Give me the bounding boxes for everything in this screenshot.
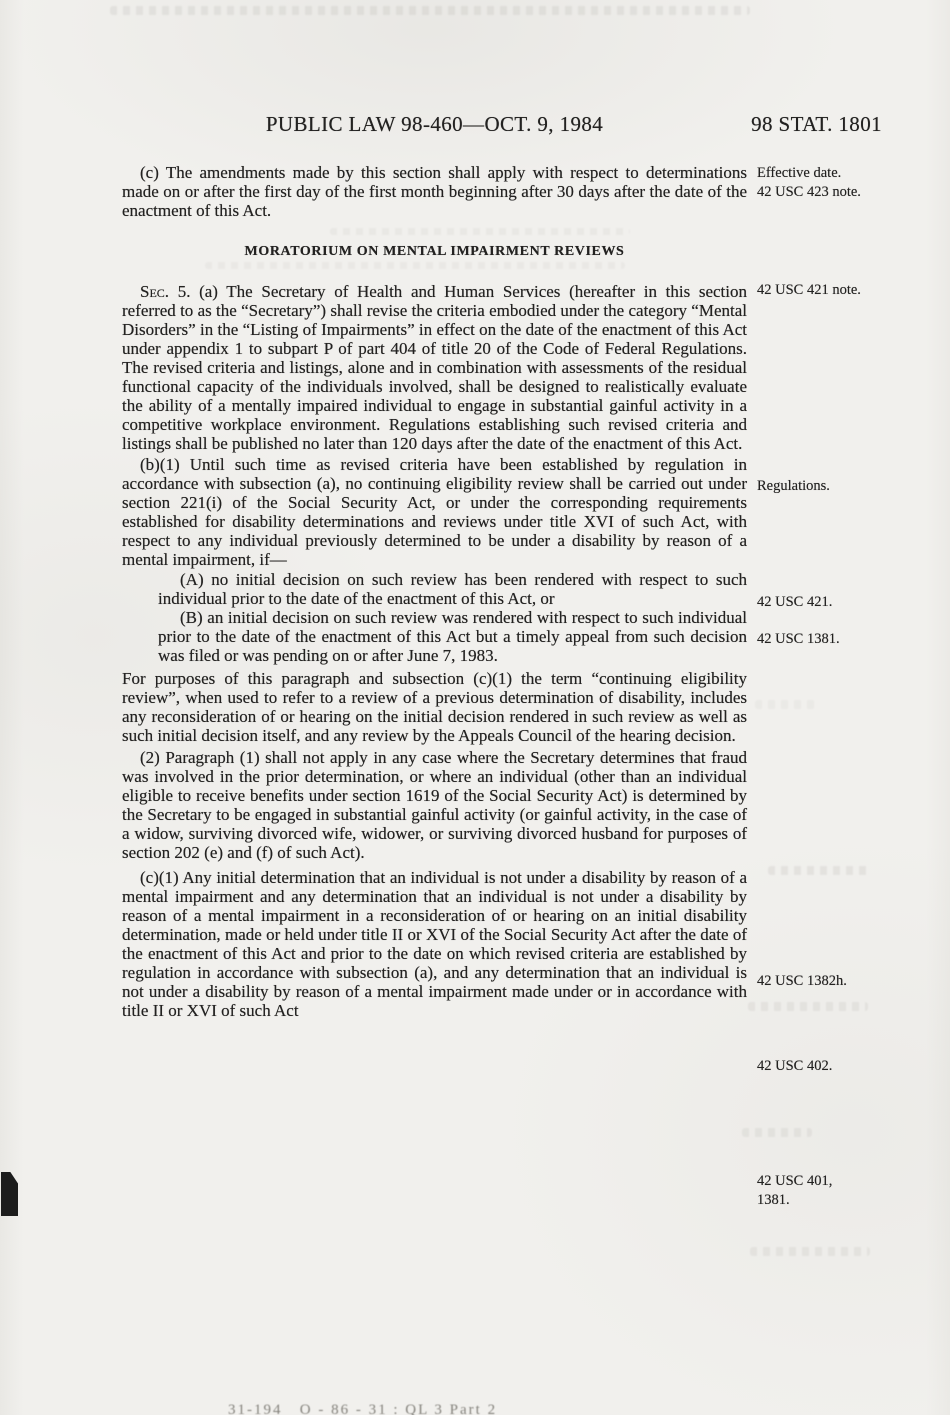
body-text-column: (c) The amendments made by this section …	[122, 0, 747, 1020]
printer-imprint: 31-194 O - 86 - 31 : QL 3 Part 2	[228, 1403, 497, 1415]
scan-smudge	[750, 1247, 870, 1256]
margin-note-regulations: Regulations.	[757, 477, 892, 496]
paragraph-2-fraud: (2) Paragraph (1) shall not apply in any…	[122, 748, 747, 862]
paragraph-for-purposes: For purposes of this paragraph and subse…	[122, 669, 747, 745]
scan-smudge	[742, 1128, 812, 1137]
subparagraph-B: (B) an initial decision on such review w…	[158, 608, 747, 665]
paragraph-sec5a-text: . 5. (a) The Secretary of Health and Hum…	[122, 282, 747, 453]
sec-smallcaps-lead: Sec	[140, 282, 165, 301]
paragraph-sec5a: Sec. 5. (a) The Secretary of Health and …	[122, 282, 747, 453]
margin-note-effective-date: Effective date. 42 USC 423 note.	[757, 164, 892, 202]
paragraph-c1-determination: (c)(1) Any initial determination that an…	[122, 868, 747, 1020]
margin-note-42usc421: 42 USC 421.	[757, 593, 892, 612]
scan-smudge	[755, 700, 815, 709]
margin-note-42usc402: 42 USC 402.	[757, 1057, 892, 1076]
paragraph-c-amendments: (c) The amendments made by this section …	[122, 163, 747, 220]
ink-blot-artifact	[1, 1172, 18, 1216]
margin-note-42usc421note: 42 USC 421 note.	[757, 281, 892, 300]
scan-smudge	[748, 1002, 868, 1011]
margin-note-42usc401-1381: 42 USC 401, 1381.	[757, 1172, 892, 1210]
margin-note-42usc1381: 42 USC 1381.	[757, 630, 892, 649]
section-heading: MORATORIUM ON MENTAL IMPAIRMENT REVIEWS	[122, 245, 747, 259]
statute-page-number: 98 STAT. 1801	[751, 112, 882, 137]
scanned-statute-page: PUBLIC LAW 98-460—OCT. 9, 1984 98 STAT. …	[0, 0, 950, 1415]
paragraph-b1: (b)(1) Until such time as revised criter…	[122, 455, 747, 569]
subparagraph-A: (A) no initial decision on such review h…	[158, 570, 747, 608]
scan-smudge	[768, 866, 868, 875]
margin-note-42usc1382h: 42 USC 1382h.	[757, 972, 892, 991]
